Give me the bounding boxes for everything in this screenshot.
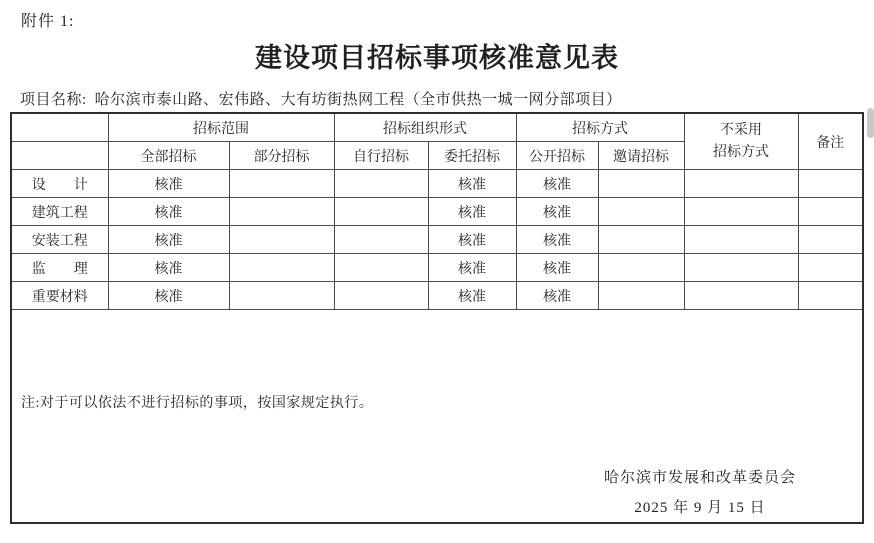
approval-cell: 核准 [516, 226, 598, 254]
table-row-materials: 重要材料 核准 核准 核准 [11, 282, 863, 310]
group-header-organization: 招标组织形式 [334, 113, 516, 142]
approval-table: 招标范围 招标组织形式 招标方式 不采用 招标方式 备注 全部招标 部分招标 自… [10, 112, 864, 524]
approval-cell [334, 254, 428, 282]
approval-cell: 核准 [108, 282, 229, 310]
approval-cell [598, 226, 684, 254]
header-invited-bidding: 邀请招标 [598, 142, 684, 170]
approval-cell [334, 170, 428, 198]
project-name-line: 项目名称:哈尔滨市泰山路、宏伟路、大有坊街热网工程（全市供热一城一网分部项目） [20, 88, 622, 109]
approval-cell: 核准 [428, 170, 516, 198]
table-row-construction: 建筑工程 核准 核准 核准 [11, 198, 863, 226]
attachment-label: 附件 1: [21, 8, 74, 31]
approval-cell [229, 254, 334, 282]
approval-cell [684, 170, 798, 198]
approval-cell: 核准 [516, 198, 598, 226]
scrollbar-thumb[interactable] [867, 108, 874, 138]
approval-cell: 核准 [108, 170, 229, 198]
header-no-bidding-line2: 招标方式 [685, 142, 798, 164]
header-remark: 备注 [798, 113, 863, 170]
approval-cell [598, 282, 684, 310]
approval-cell [229, 282, 334, 310]
approval-cell: 核准 [516, 254, 598, 282]
approval-cell: 核准 [428, 254, 516, 282]
approval-cell: 核准 [428, 226, 516, 254]
legal-note: 注:对于可以依法不进行招标的事项，按国家规定执行。 [21, 392, 373, 412]
approval-cell [798, 254, 863, 282]
approval-cell: 核准 [516, 282, 598, 310]
approval-cell [684, 254, 798, 282]
table-row-supervision: 监 理 核准 核准 核准 [11, 254, 863, 282]
approval-cell [798, 198, 863, 226]
group-header-scope: 招标范围 [108, 113, 334, 142]
group-header-row: 招标范围 招标组织形式 招标方式 不采用 招标方式 备注 [11, 113, 863, 142]
table-row-design: 设 计 核准 核准 核准 [11, 170, 863, 198]
approval-cell: 核准 [428, 282, 516, 310]
approval-cell [229, 170, 334, 198]
header-full-bidding: 全部招标 [108, 142, 229, 170]
issuer-name: 哈尔滨市发展和改革委员会 [604, 466, 796, 487]
row-label: 建筑工程 [11, 198, 108, 226]
header-entrusted-bidding: 委托招标 [428, 142, 516, 170]
group-header-method: 招标方式 [516, 113, 684, 142]
approval-cell [229, 226, 334, 254]
header-no-bidding-line1: 不采用 [685, 120, 798, 142]
header-self-bidding: 自行招标 [334, 142, 428, 170]
approval-cell [334, 226, 428, 254]
approval-cell [229, 198, 334, 226]
approval-cell [684, 282, 798, 310]
approval-cell [598, 170, 684, 198]
project-name-value: 哈尔滨市泰山路、宏伟路、大有坊街热网工程（全市供热一城一网分部项目） [95, 92, 622, 108]
corner-cell-bottom [11, 142, 108, 170]
row-label: 设 计 [11, 170, 108, 198]
approval-cell [334, 198, 428, 226]
approval-cell [798, 282, 863, 310]
approval-cell: 核准 [516, 170, 598, 198]
footer-row: 注:对于可以依法不进行招标的事项，按国家规定执行。 哈尔滨市发展和改革委员会 2… [11, 310, 863, 524]
approval-cell [798, 170, 863, 198]
approval-cell: 核准 [108, 198, 229, 226]
approval-cell [598, 254, 684, 282]
approval-cell [798, 226, 863, 254]
signature-block: 哈尔滨市发展和改革委员会 2025 年 9 月 15 日 [604, 466, 796, 517]
row-label: 安装工程 [11, 226, 108, 254]
approval-cell [334, 282, 428, 310]
project-name-label: 项目名称: [20, 92, 87, 108]
approval-cell: 核准 [108, 226, 229, 254]
row-label: 重要材料 [11, 282, 108, 310]
header-partial-bidding: 部分招标 [229, 142, 334, 170]
approval-cell [598, 198, 684, 226]
approval-cell [684, 198, 798, 226]
header-no-bidding: 不采用 招标方式 [684, 113, 798, 170]
approval-cell [684, 226, 798, 254]
approval-cell: 核准 [108, 254, 229, 282]
table-row-installation: 安装工程 核准 核准 核准 [11, 226, 863, 254]
corner-cell-top [11, 113, 108, 142]
issue-date: 2025 年 9 月 15 日 [604, 496, 796, 517]
page-title: 建设项目招标事项核准意见表 [0, 36, 874, 75]
header-open-bidding: 公开招标 [516, 142, 598, 170]
row-label: 监 理 [11, 254, 108, 282]
footer-cell: 注:对于可以依法不进行招标的事项，按国家规定执行。 哈尔滨市发展和改革委员会 2… [11, 310, 863, 524]
approval-cell: 核准 [428, 198, 516, 226]
document-page: 附件 1: 建设项目招标事项核准意见表 项目名称:哈尔滨市泰山路、宏伟路、大有坊… [0, 0, 874, 543]
